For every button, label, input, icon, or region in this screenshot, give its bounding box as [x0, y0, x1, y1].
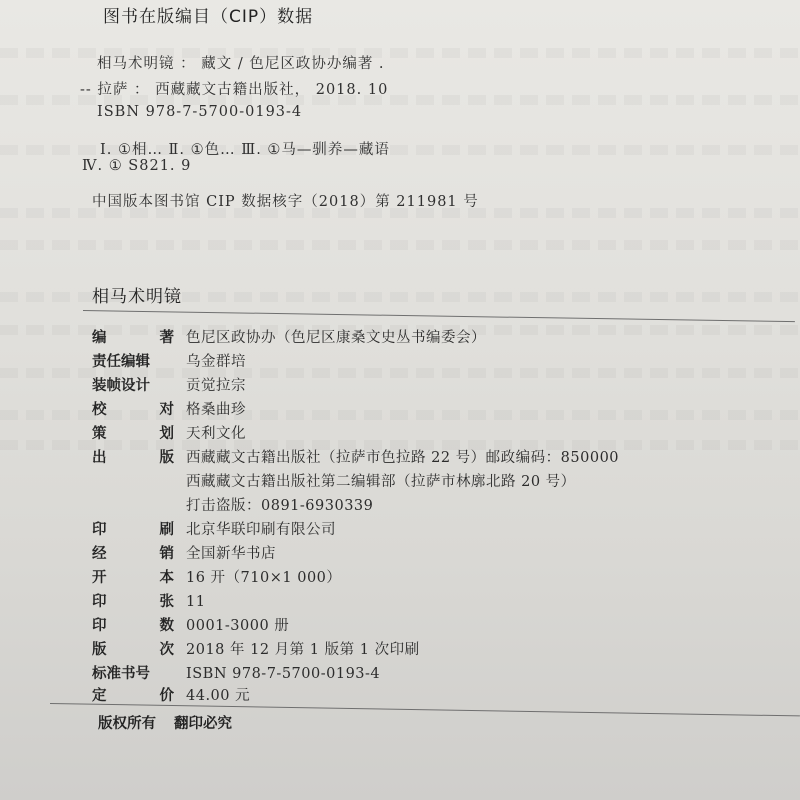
info-label: 出版 [92, 446, 174, 467]
info-value: 16 开（710×1 000） [186, 566, 341, 587]
info-row-editor: 责任编辑 乌金群培 [92, 350, 246, 371]
info-value: 贡觉拉宗 [186, 374, 246, 395]
info-value: 西藏藏文古籍出版社（拉萨市色拉路 22 号）邮政编码：850000 [186, 446, 619, 467]
info-value: 西藏藏文古籍出版社第二编辑部（拉萨市林廓北路 20 号） [186, 470, 576, 491]
info-value: 2018 年 12 月第 1 版第 1 次印刷 [186, 638, 420, 659]
copyright-notice: 版权所有 翻印必究 [98, 712, 232, 733]
info-value: 11 [186, 594, 205, 610]
info-row-edition: 版次 2018 年 12 月第 1 版第 1 次印刷 [92, 638, 420, 659]
info-label: 校对 [92, 398, 174, 419]
cip-heading: 图书在版编目（CIP）数据 [103, 2, 313, 27]
info-label: 责任编辑 [92, 350, 174, 371]
cip-line-title: 相马术明镜 ： 藏文 / 色尼区政协办编著 . [97, 52, 385, 73]
info-label: 标准书号 [92, 662, 174, 683]
info-value: 色尼区政协办（色尼区康桑文史丛书编委会） [186, 326, 486, 347]
copyright-page: 图书在版编目（CIP）数据 相马术明镜 ： 藏文 / 色尼区政协办编著 . --… [0, 0, 800, 800]
info-row-isbn: 标准书号 ISBN 978-7-5700-0193-4 [92, 662, 380, 683]
info-label: 印刷 [92, 518, 174, 539]
info-value: 打击盗版：0891-6930339 [186, 494, 373, 515]
info-value: 乌金群培 [186, 350, 246, 371]
info-value: 0001-3000 册 [186, 614, 289, 635]
show-through-text [0, 240, 800, 250]
info-row-author: 编著 色尼区政协办（色尼区康桑文史丛书编委会） [92, 326, 486, 347]
cip-line-classification: Ⅳ. ① S821. 9 [82, 158, 191, 174]
cip-line-record-number: 中国版本图书馆 CIP 数据核字（2018）第 211981 号 [92, 190, 479, 211]
info-row-proofreader: 校对 格桑曲珍 [92, 398, 246, 419]
book-title: 相马术明镜 [92, 282, 182, 307]
info-label: 策划 [92, 422, 174, 443]
info-value: 天利文化 [186, 422, 246, 443]
info-row-sheets: 印张 11 [92, 590, 205, 611]
info-value: 北京华联印刷有限公司 [186, 518, 336, 539]
info-label: 经销 [92, 542, 174, 563]
info-row-price: 定价 44.00 元 [92, 684, 250, 705]
info-label: 编著 [92, 326, 174, 347]
cip-line-publisher: -- 拉萨 ： 西藏藏文古籍出版社， 2018. 10 [80, 78, 388, 99]
info-row-printer: 印刷 北京华联印刷有限公司 [92, 518, 336, 539]
info-row-designer: 装帧设计 贡觉拉宗 [92, 374, 246, 395]
info-row-anti-piracy: 打击盗版：0891-6930339 [92, 494, 373, 515]
info-row-format: 开本 16 开（710×1 000） [92, 566, 341, 587]
info-row-distributor: 经销 全国新华书店 [92, 542, 276, 563]
info-label: 印张 [92, 590, 174, 611]
copyright-left: 版权所有 [98, 712, 156, 733]
info-label: 印数 [92, 614, 174, 635]
info-label: 定价 [92, 684, 174, 705]
info-row-publisher-office: 西藏藏文古籍出版社第二编辑部（拉萨市林廓北路 20 号） [92, 470, 576, 491]
cip-line-subjects: Ⅰ. ①相… Ⅱ. ①色… Ⅲ. ①马—驯养—藏语 [100, 138, 390, 159]
info-row-publisher: 出版 西藏藏文古籍出版社（拉萨市色拉路 22 号）邮政编码：850000 [92, 446, 619, 467]
info-label: 装帧设计 [92, 374, 174, 395]
info-value: 全国新华书店 [186, 542, 276, 563]
copyright-right: 翻印必究 [174, 712, 232, 733]
info-value: 44.00 元 [186, 684, 250, 705]
info-value: ISBN 978-7-5700-0193-4 [186, 666, 380, 682]
info-value: 格桑曲珍 [186, 398, 246, 419]
title-divider [83, 310, 795, 322]
info-row-print-run: 印数 0001-3000 册 [92, 614, 289, 635]
cip-line-isbn: ISBN 978-7-5700-0193-4 [97, 104, 302, 120]
info-label: 版次 [92, 638, 174, 659]
info-label: 开本 [92, 566, 174, 587]
info-row-planning: 策划 天利文化 [92, 422, 246, 443]
